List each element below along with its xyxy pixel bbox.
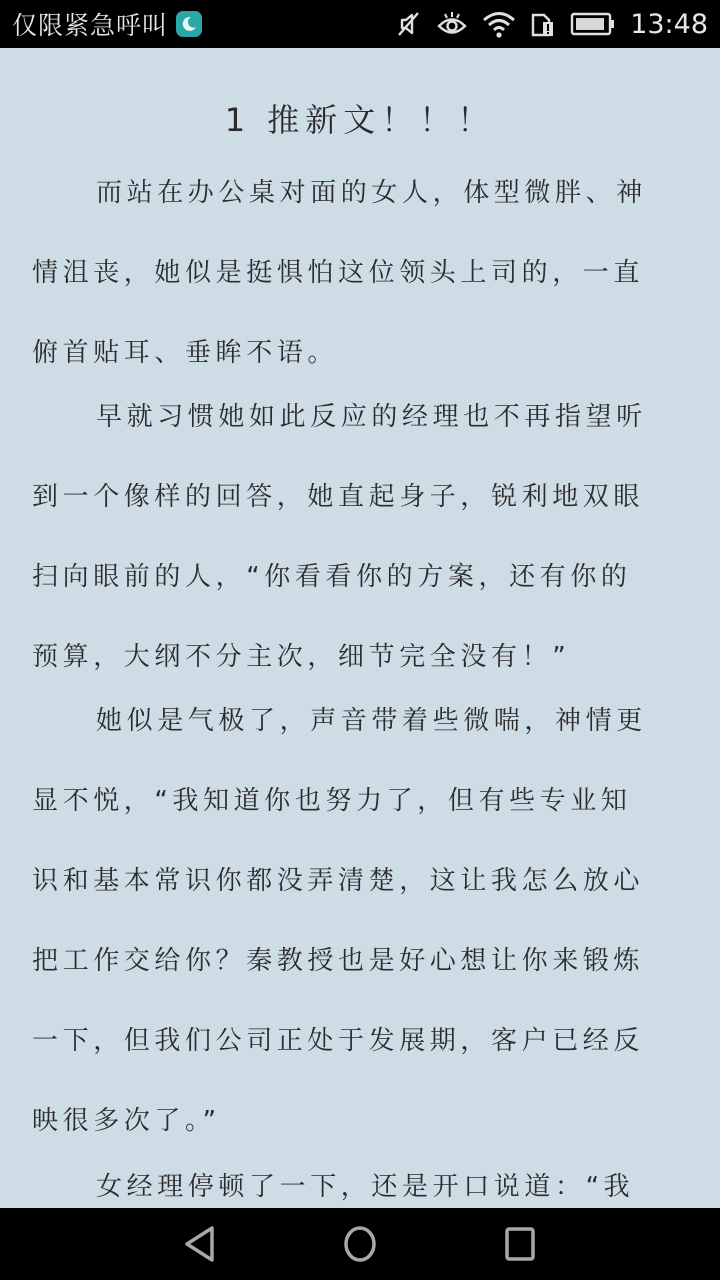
home-button[interactable] — [338, 1222, 382, 1266]
wifi-icon — [482, 10, 516, 38]
text-line: 女经理停顿了一下，还是开口说道：“我 — [96, 1167, 672, 1207]
status-right: 13:48 — [396, 0, 708, 48]
text-line: 情沮丧，她似是挺惧怕这位领头上司的，一直 — [32, 253, 672, 293]
navigation-bar — [0, 1208, 720, 1280]
status-bar: 仅限紧急呼叫 — [0, 0, 720, 48]
text-line: 扫向眼前的人，“你看看你的方案，还有你的 — [32, 557, 672, 597]
recents-button[interactable] — [498, 1222, 542, 1266]
text-line: 到一个像样的回答，她直起身子，锐利地双眼 — [32, 477, 672, 517]
text-line: 早就习惯她如此反应的经理也不再指望听 — [96, 397, 672, 437]
text-line: 把工作交给你？秦教授也是好心想让你来锻炼 — [32, 941, 672, 981]
text-line: 预算，大纲不分主次，细节完全没有！” — [32, 637, 672, 677]
clock: 13:48 — [630, 9, 708, 40]
text-line: 而站在办公桌对面的女人，体型微胖、神 — [96, 173, 672, 213]
back-triangle-icon — [182, 1224, 218, 1264]
text-line: 她似是气极了，声音带着些微喘，神情更 — [96, 701, 672, 741]
home-circle-icon — [340, 1224, 380, 1264]
reader-page[interactable]: 1 推新文！！！ 而站在办公桌对面的女人，体型微胖、神 情沮丧，她似是挺惧怕这位… — [0, 48, 720, 1208]
chapter-title: 1 推新文！！！ — [0, 92, 720, 148]
carrier-text: 仅限紧急呼叫 — [12, 6, 168, 42]
text-line: 显不悦，“我知道你也努力了，但有些专业知 — [32, 781, 672, 821]
text-line: 一下，但我们公司正处于发展期，客户已经反 — [32, 1021, 672, 1061]
sim-alert-icon — [530, 10, 556, 38]
eye-icon — [436, 10, 468, 38]
status-left: 仅限紧急呼叫 — [12, 0, 202, 48]
mute-icon — [396, 10, 422, 38]
recents-square-icon — [500, 1224, 540, 1264]
moon-icon — [176, 11, 202, 37]
back-button[interactable] — [178, 1222, 222, 1266]
text-line: 俯首贴耳、垂眸不语。 — [32, 333, 672, 373]
battery-icon — [570, 11, 616, 37]
text-line: 识和基本常识你都没弄清楚，这让我怎么放心 — [32, 861, 672, 901]
text-line: 映很多次了。” — [32, 1101, 672, 1141]
